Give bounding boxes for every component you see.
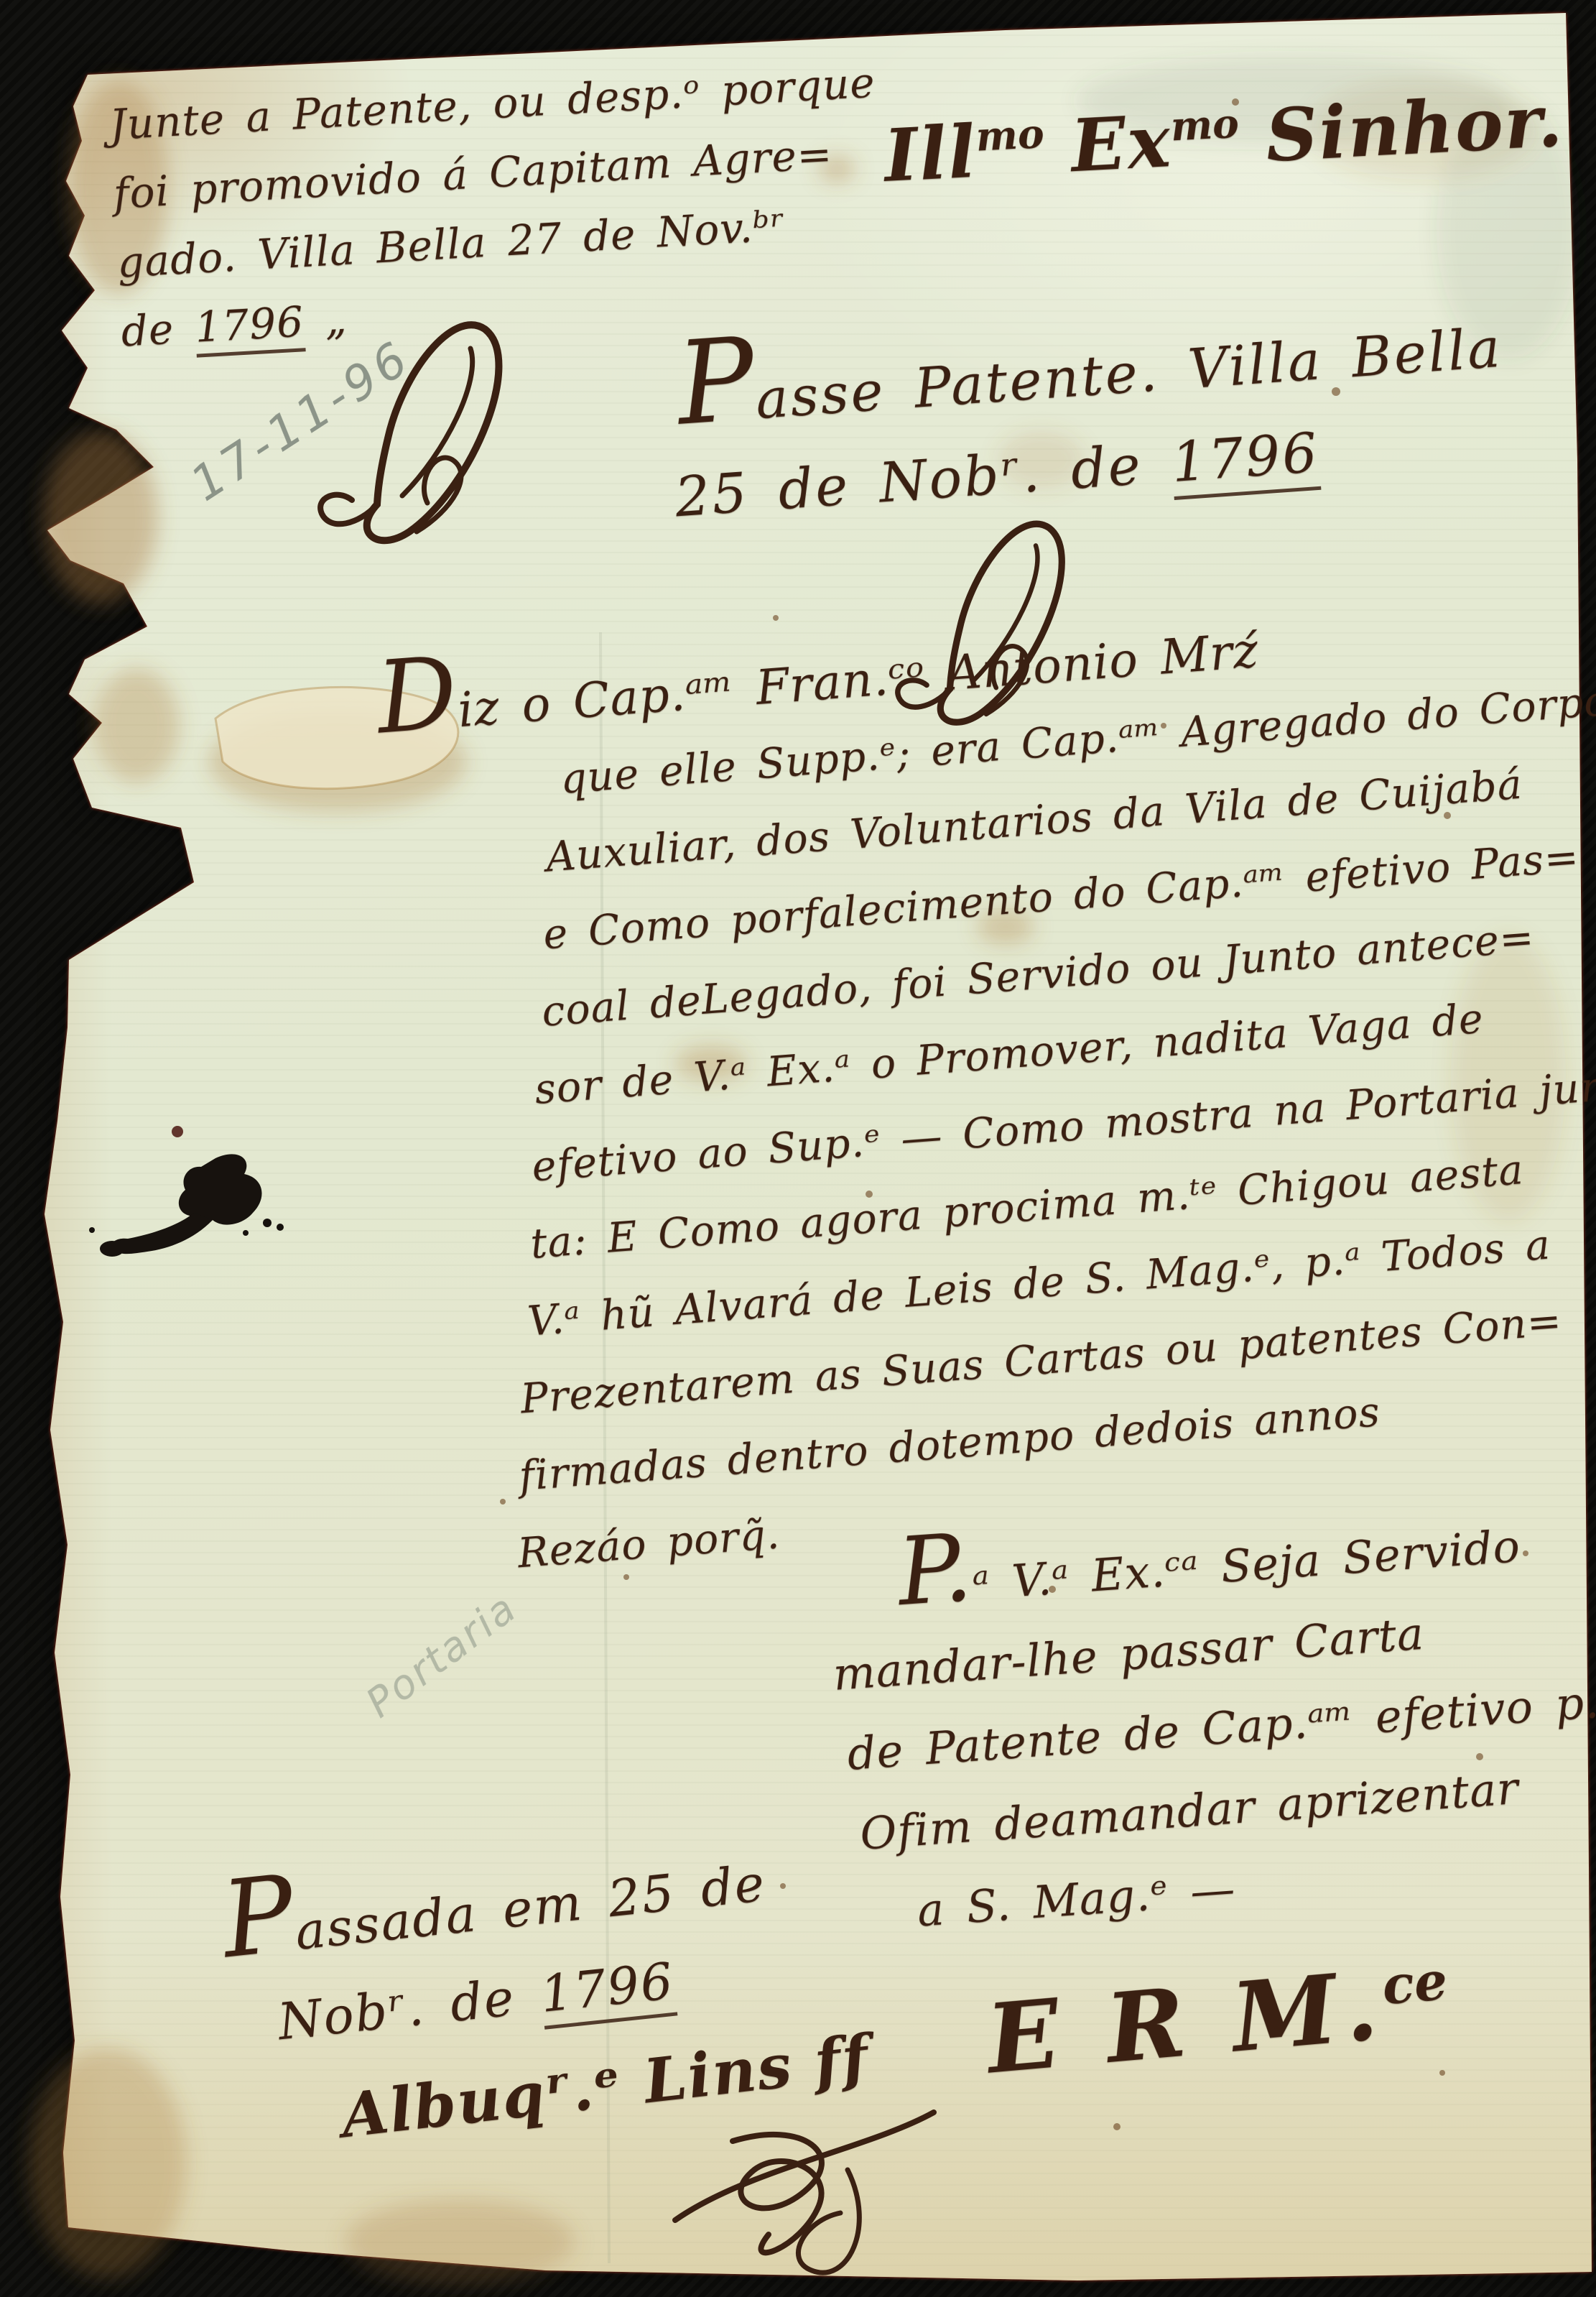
marginal-note: Junte a Patente, ou desp.ᵒ porque foi pr… xyxy=(108,47,889,366)
salutation-superscript: mo xyxy=(1169,99,1240,149)
closing-formula-superscript: ce xyxy=(1380,1951,1449,2018)
issued-date-prefix: Nobʳ. de xyxy=(275,1965,544,2051)
salutation-superscript: mo xyxy=(975,110,1045,160)
photo-stage: Junte a Patente, ou desp.ᵒ porque foi pr… xyxy=(0,0,1596,2297)
marginal-note-year-suffix: „ xyxy=(302,295,348,346)
petition-body: Diz o Cap.ᵃᵐ Fran.ᶜᵒ Antonio Mrź que ell… xyxy=(431,578,1596,1594)
salutation-word: Sinhor. xyxy=(1238,78,1566,179)
salutation-word: Ill xyxy=(882,108,979,198)
marginal-note-year-prefix: de xyxy=(120,303,197,356)
dispatch-year: 1796 xyxy=(1169,420,1322,500)
petition-request: P.ᵃ V.ᵃ Ex.ᶜᵃ Seja Servido mandar-lhe pa… xyxy=(849,1498,1596,1954)
marginal-note-year: 1796 xyxy=(194,297,306,357)
salutation-word: Ex xyxy=(1042,98,1174,190)
issued-year: 1796 xyxy=(538,1951,678,2030)
